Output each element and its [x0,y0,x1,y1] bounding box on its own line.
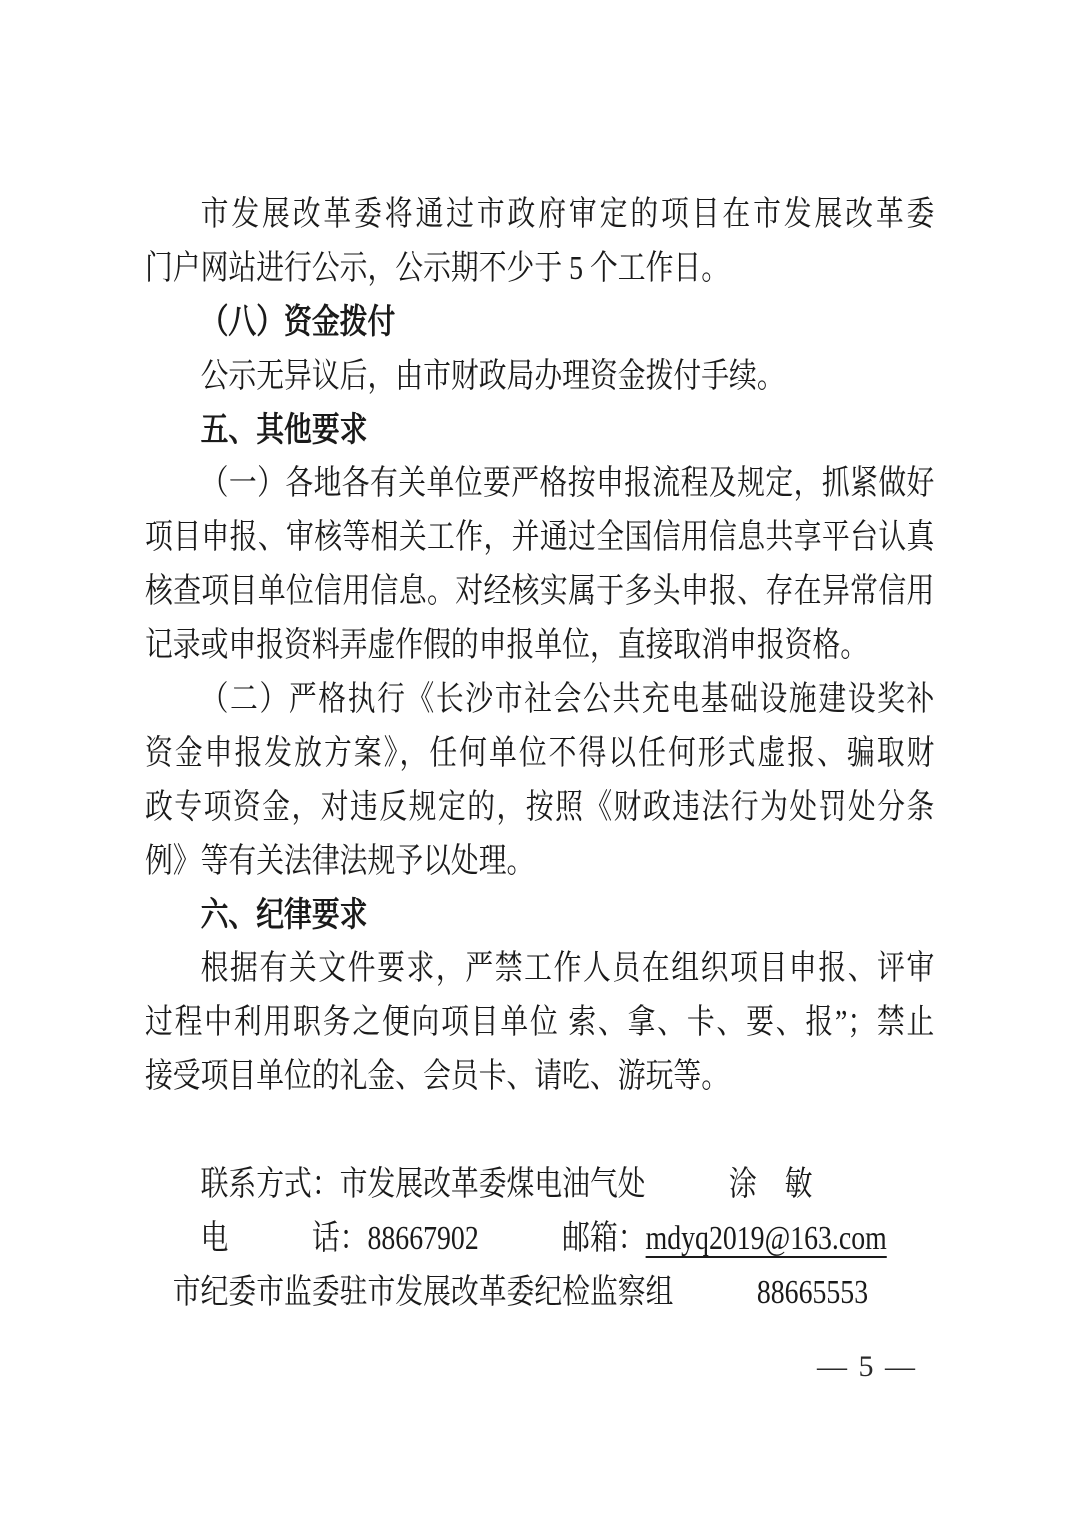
text-line: 例》等有关法律法规予以处理。 [145,835,934,889]
text-run: 核查项目单位信用信息。对经核实属于多头申报、存在异常信用 [145,573,934,610]
text-run: 六、纪律要求 [201,896,368,934]
text-line: 公示无异议后，由市财政局办理资金拨付手续。 [145,350,934,404]
text-line: 项目申报、审核等相关工作，并通过全国信用信息共享平台认真 [145,511,934,565]
page-number: — 5 — [817,1350,917,1384]
text-run: （一）各地各有关单位要严格按申报流程及规定，抓紧做好 [201,465,935,502]
text-line: 政专项资金，对违反规定的，按照《财政违法行为处罚处分条 [145,781,934,835]
heading-line: 六、纪律要求 [145,889,934,943]
text-run: 公示无异议后，由市财政局办理资金拨付手续。 [201,358,785,395]
text-run: （二）严格执行《长沙市社会公共充电基础设施建设奖补 [201,681,935,718]
text-run: 门户网站进行公示，公示期不少于 5 个工作日。 [145,250,729,287]
text-run: 资金申报发放方案》，任何单位不得以任何形式虚报、骗取财 [145,735,934,772]
text-run: （八）资金拨付 [201,304,396,341]
text-line: 核查项目单位信用信息。对经核实属于多头申报、存在异常信用 [145,565,934,619]
text-line: 资金申报发放方案》，任何单位不得以任何形式虚报、骗取财 [145,727,934,781]
text-line: （二）严格执行《长沙市社会公共充电基础设施建设奖补 [145,673,934,727]
text-line: 市发展改革委将通过市政府审定的项目在市发展改革委 [145,188,934,242]
text-run: 政专项资金，对违反规定的，按照《财政违法行为处罚处分条 [145,789,934,826]
text-line: 电 话：88667902 邮箱：mdyq2019@163.com [145,1212,934,1266]
text-line: 联系方式：市发展改革委煤电油气处 涂 敏 [145,1158,934,1212]
text-line: 门户网站进行公示，公示期不少于 5 个工作日。 [145,242,934,296]
text-line: 记录或申报资料弄虚作假的申报单位，直接取消申报资格。 [145,619,934,673]
text-line: 接受项目单位的礼金、会员卡、请吃、游玩等。 [145,1050,934,1104]
heading-line: （八）资金拨付 [145,296,934,350]
text-run: 接受项目单位的礼金、会员卡、请吃、游玩等。 [145,1058,729,1095]
text-run: 例》等有关法律法规予以处理。 [145,843,534,880]
document-body: 市发展改革委将通过市政府审定的项目在市发展改革委门户网站进行公示，公示期不少于 … [145,188,934,1320]
text-run: 项目申报、审核等相关工作，并通过全国信用信息共享平台认真 [145,519,934,556]
text-run: 记录或申报资料弄虚作假的申报单位，直接取消申报资格。 [145,627,868,664]
text-line: 过程中利用职务之便向项目单位 索、拿、卡、要、报”；禁止 [145,996,934,1050]
text-run: 联系方式：市发展改革委煤电油气处 涂 敏 [201,1166,813,1203]
text-run: 市纪委市监委驻市发展改革委纪检监察组 88665553 [173,1274,868,1311]
text-run: 过程中利用职务之便向项目单位 索、拿、卡、要、报”；禁止 [145,1004,934,1041]
heading-line: 五、其他要求 [145,404,934,458]
text-run: 市发展改革委将通过市政府审定的项目在市发展改革委 [201,196,935,233]
text-line: 根据有关文件要求，严禁工作人员在组织项目申报、评审 [145,942,934,996]
text-run: 根据有关文件要求，严禁工作人员在组织项目申报、评审 [201,950,935,987]
email-link: mdyq2019@163.com [646,1220,887,1257]
text-run: 电 话：88667902 邮箱： [201,1220,646,1257]
document-page: 市发展改革委将通过市政府审定的项目在市发展改革委门户网站进行公示，公示期不少于 … [0,0,1075,1520]
text-run: 五、其他要求 [201,411,368,449]
text-line: （一）各地各有关单位要严格按申报流程及规定，抓紧做好 [145,457,934,511]
blank-line [145,1104,934,1158]
text-line: 市纪委市监委驻市发展改革委纪检监察组 88665553 [145,1266,934,1320]
